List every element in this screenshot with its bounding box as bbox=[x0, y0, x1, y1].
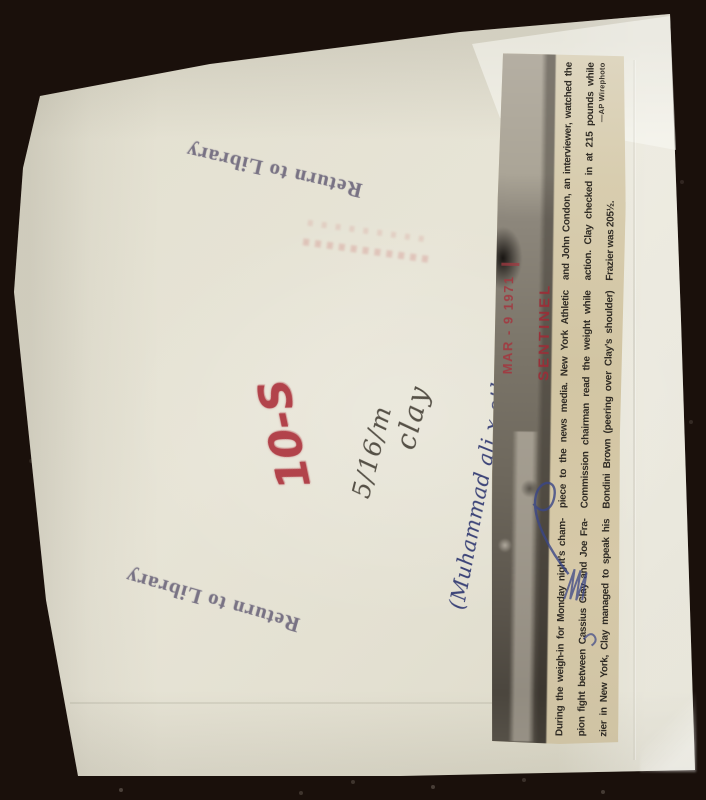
vertical-crease bbox=[633, 60, 635, 760]
background-dust-specks bbox=[0, 0, 2, 2]
blue-ink-scribbles bbox=[488, 53, 628, 745]
photo-verso-scene: Return to Library Return to Library 10-S… bbox=[0, 0, 706, 800]
ink-loop-over-photo bbox=[533, 483, 570, 574]
newspaper-clipping-strip: During the weigh-in for Monday night's c… bbox=[488, 53, 628, 745]
corner-curl-highlight bbox=[640, 690, 696, 772]
ink-mark-near-cassius bbox=[584, 634, 596, 646]
horizontal-crease bbox=[70, 702, 500, 704]
